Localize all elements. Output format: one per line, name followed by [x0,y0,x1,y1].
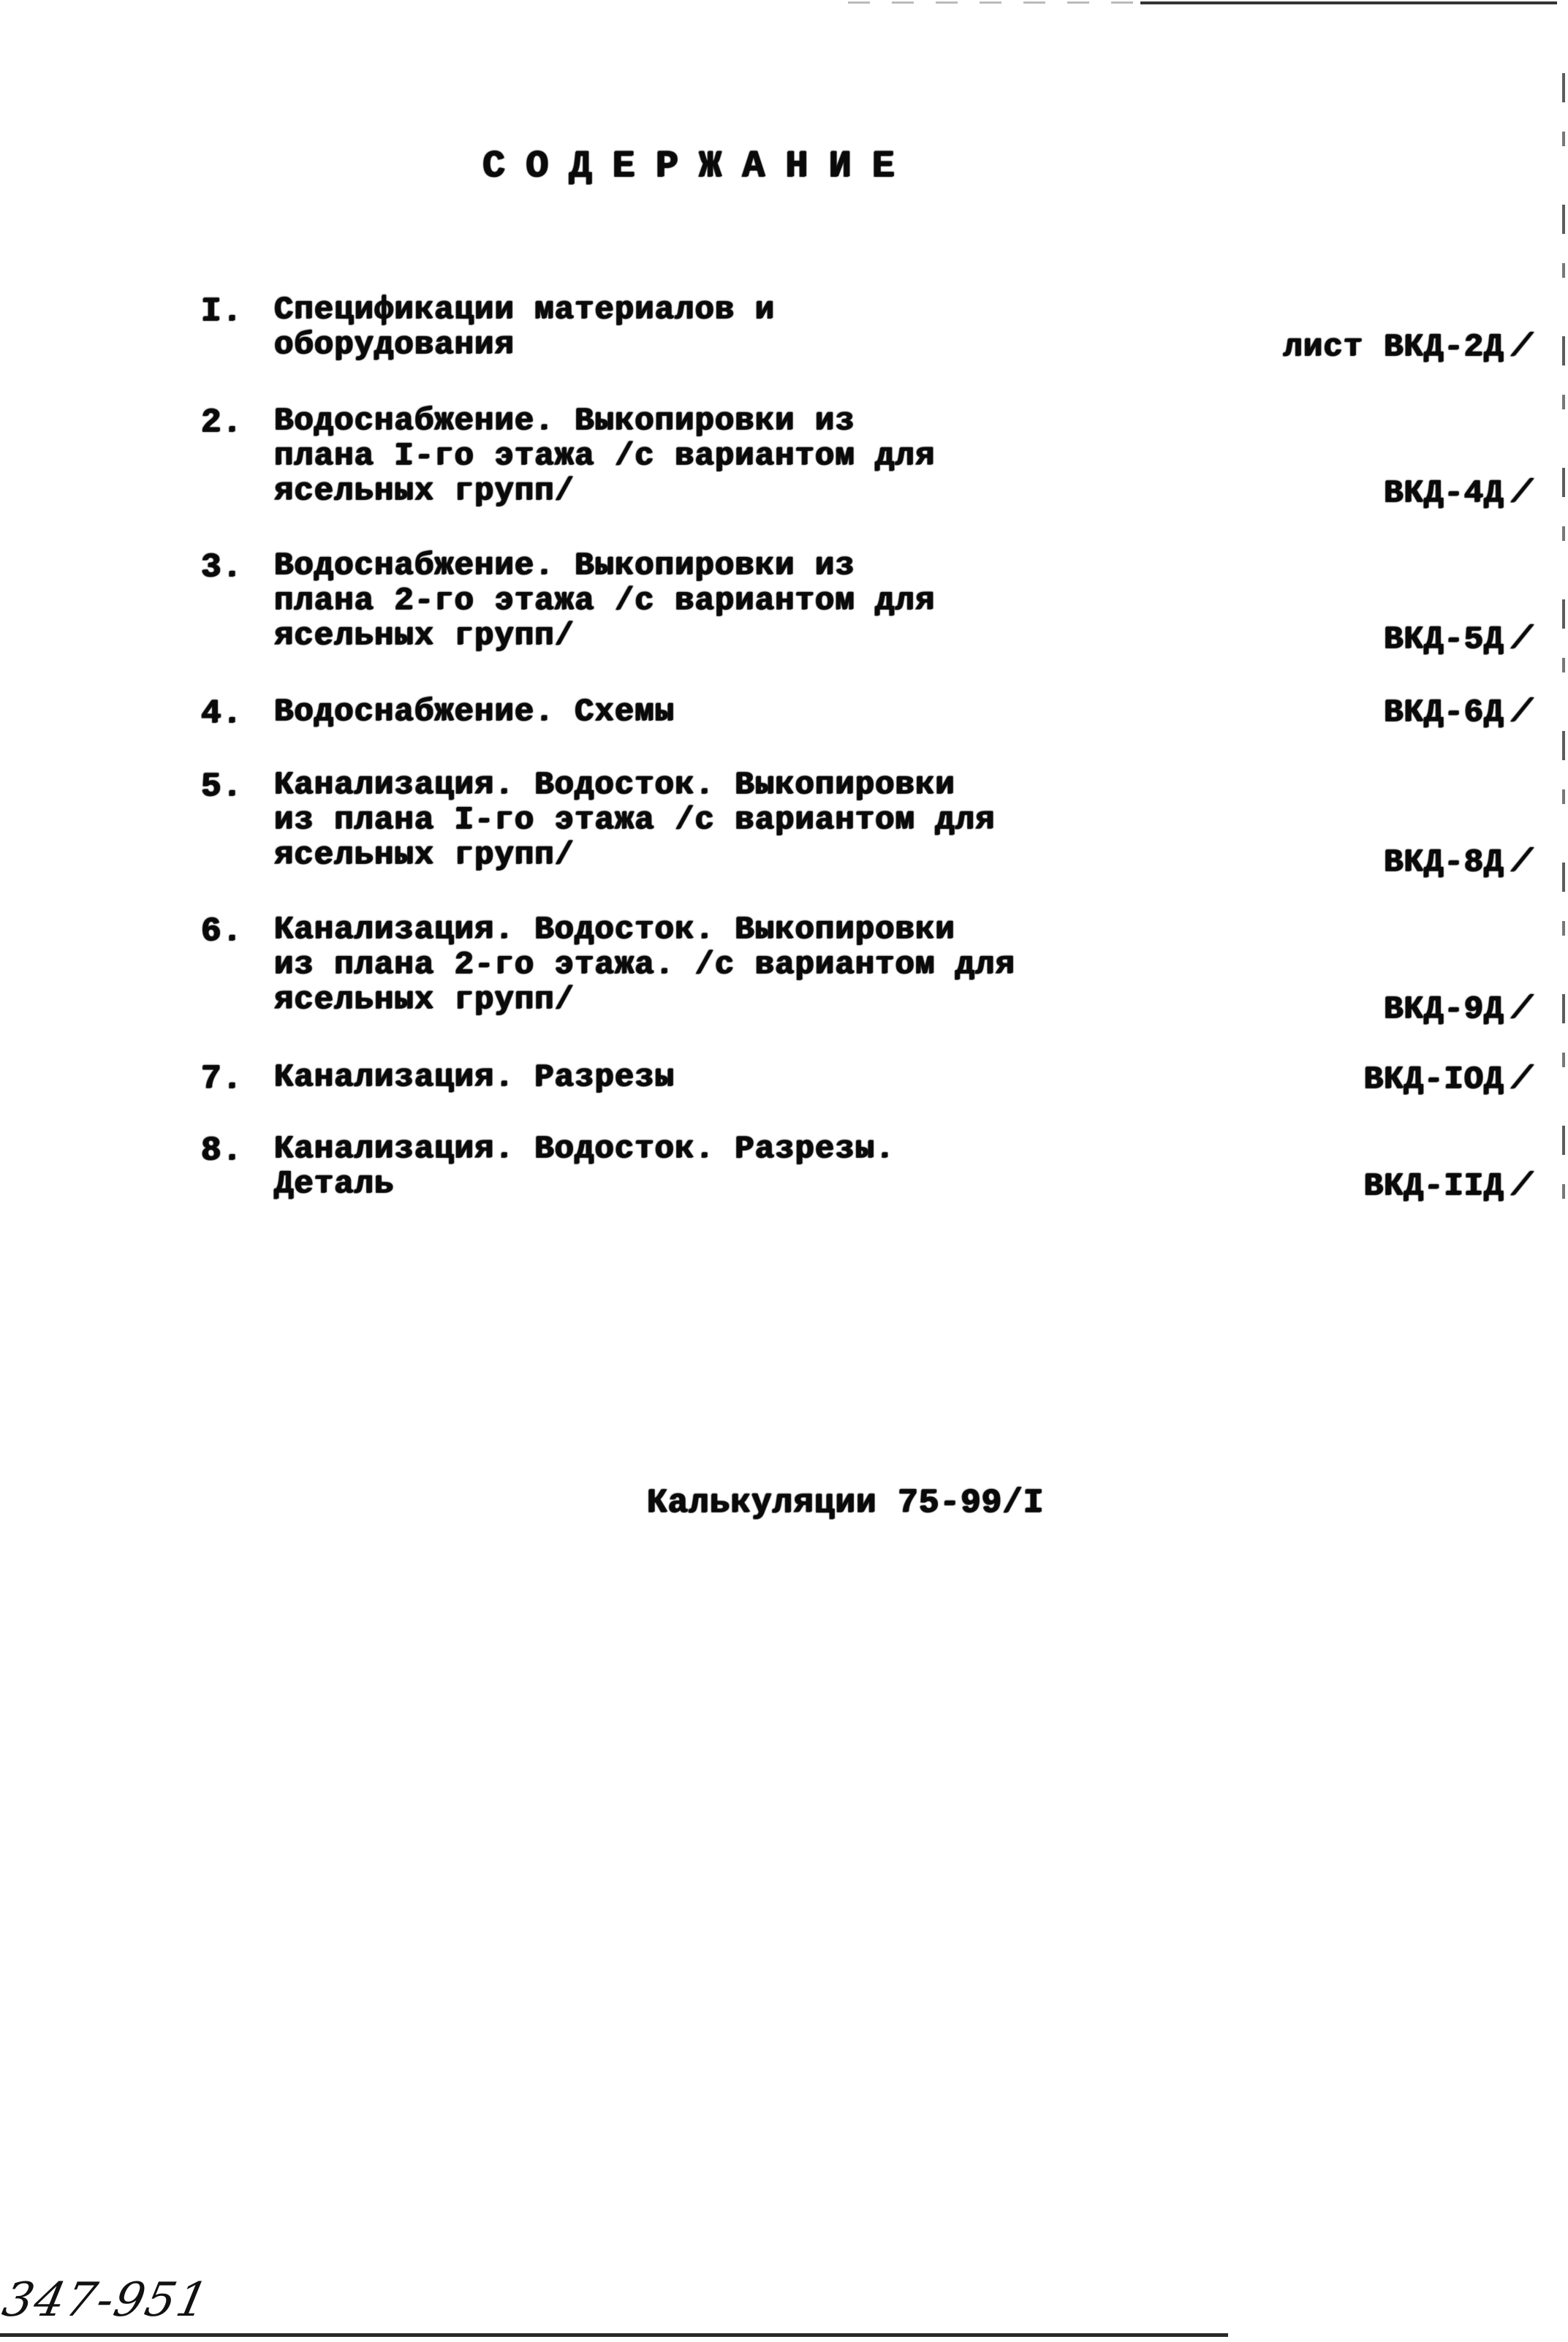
toc-item-number: 7. [201,1060,274,1098]
check-mark-icon: / [1507,621,1537,658]
scan-artifact-top-rule [1140,1,1557,4]
sheet-code: ВКД-6Д [1384,694,1504,731]
toc-item-text: Канализация. Водосток. Выкопировки из пл… [274,768,1107,873]
footer-calculation-code: Калькуляции 75-99/I [647,1484,1045,1522]
sheet-code: ВКД-8Д [1384,844,1504,881]
handwritten-inventory-number: 347-951 [0,2273,214,2327]
sheet-code: ВКД-2Д [1384,329,1504,365]
toc-item-text: Канализация. Разрезы [274,1060,1107,1095]
toc-item-sheet-ref: ВКД-6Д/ [1384,694,1531,731]
toc-item-text: Водоснабжение. Выкопировки из плана I-го… [274,403,1107,509]
sheet-code: ВКД-IIД [1364,1168,1504,1205]
check-mark-icon: / [1507,1168,1537,1205]
toc-item-text: Канализация. Водосток. Разрезы. Деталь [274,1132,1107,1202]
sheet-code: ВКД-IОД [1364,1061,1504,1098]
check-mark-icon: / [1507,329,1537,365]
toc-item-number: 8. [201,1132,274,1170]
sheet-code: ВКД-9Д [1384,991,1504,1028]
toc-item-text: Водоснабжение. Выкопировки из плана 2-го… [274,548,1107,653]
toc-item-text: Спецификации материалов и оборудования [274,292,1107,363]
toc-item-sheet-ref: ВКД-5Д/ [1384,621,1531,658]
toc-item-sheet-ref: ВКД-8Д/ [1384,844,1531,881]
check-mark-icon: / [1507,1061,1537,1098]
toc-item-number: 4. [201,694,274,732]
toc-item-sheet-ref: ВКД-9Д/ [1384,991,1531,1028]
check-mark-icon: / [1507,991,1537,1028]
sheet-label: лист [1284,329,1364,365]
toc-item-sheet-ref: ВКД-IIД/ [1364,1168,1531,1205]
check-mark-icon: / [1507,475,1537,512]
check-mark-icon: / [1507,694,1537,731]
scan-artifact-bottom-rule [0,2333,1228,2337]
toc-item-number: 3. [201,548,274,586]
toc-item-text: Водоснабжение. Схемы [274,694,1107,729]
sheet-code: ВКД-4Д [1384,475,1504,512]
scan-artifact-top-faint [848,1,1140,4]
toc-item-number: 6. [201,912,274,950]
toc-item-text: Канализация. Водосток. Выкопировки из пл… [274,912,1107,1017]
toc-item-sheet-ref: ВКД-4Д/ [1384,475,1531,512]
toc-item-number: 2. [201,403,274,442]
check-mark-icon: / [1507,844,1537,881]
document-title: СОДЕРЖАНИЕ [482,145,915,188]
sheet-code: ВКД-5Д [1384,621,1504,658]
toc-item-number: 5. [201,768,274,806]
scan-artifact-right-edge [1562,73,1565,1199]
toc-item-sheet-ref: ВКД-IОД/ [1364,1061,1531,1098]
toc-item-sheet-ref: листВКД-2Д/ [1284,329,1531,365]
toc-item-number: I. [201,292,274,330]
